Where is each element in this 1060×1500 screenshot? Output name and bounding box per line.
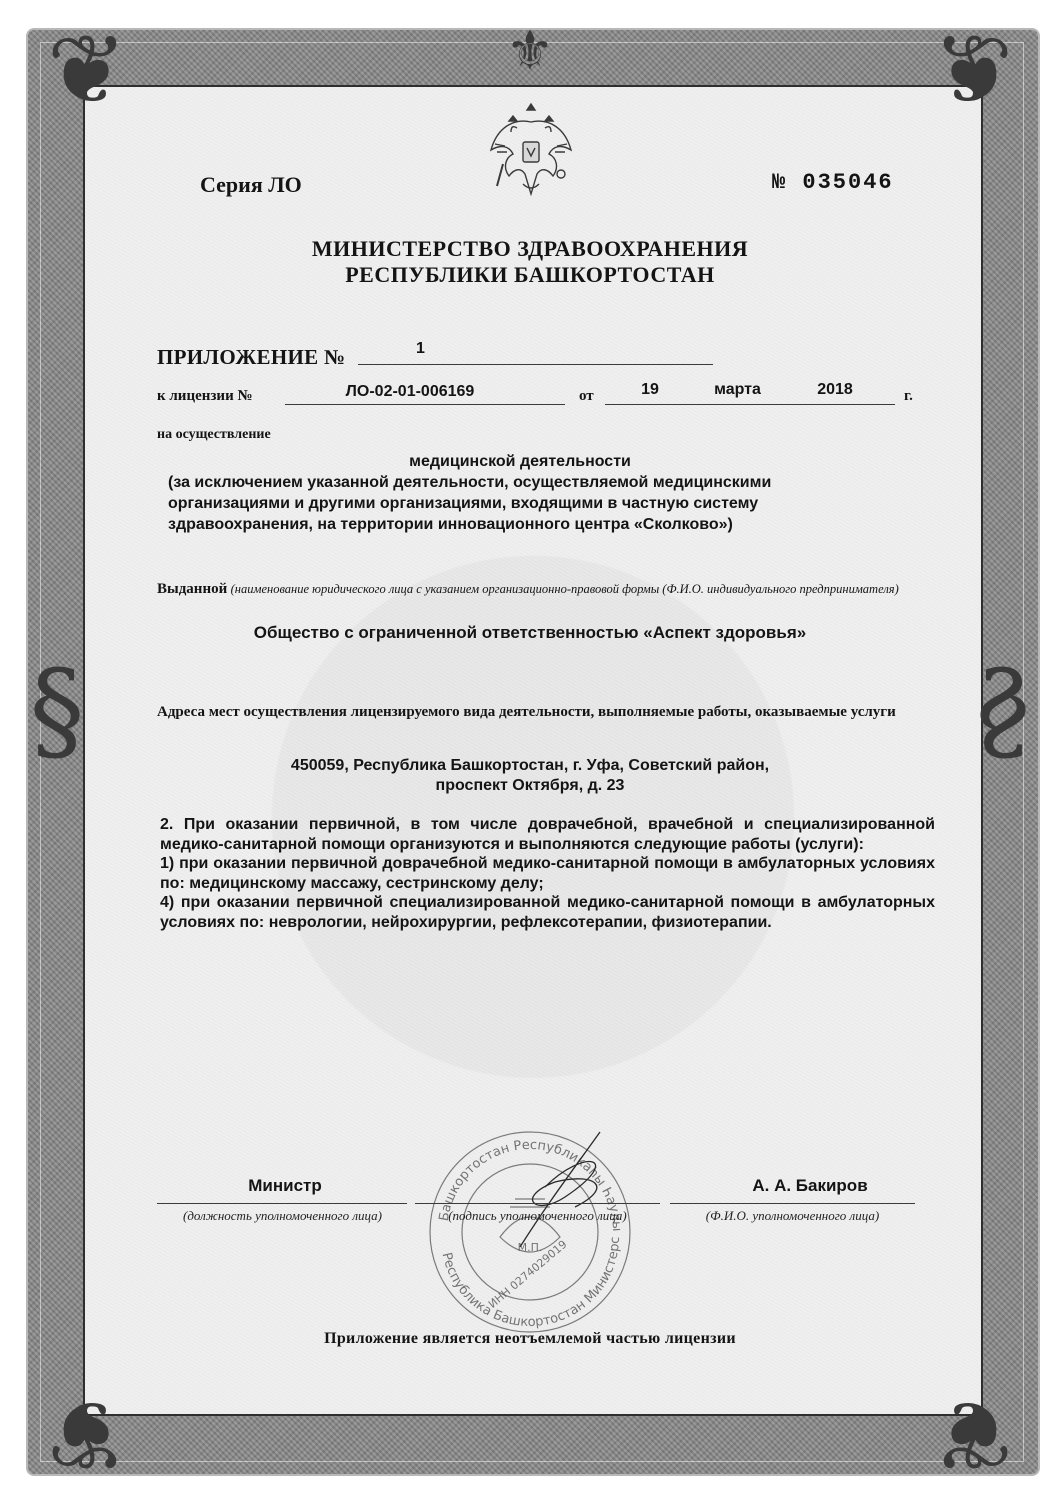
services-item: 2. При оказании первичной, в том числе д… (160, 815, 935, 854)
date-month-value: марта (700, 381, 775, 399)
address-line1: 450059, Республика Башкортостан, г. Уфа,… (0, 757, 1060, 775)
date-year-value: 2018 (800, 381, 870, 399)
side-ornament-left-icon: § (22, 655, 92, 855)
side-ornament-right-icon: § (968, 655, 1038, 855)
signature-caption: (подпись уполномоченного лица) (415, 1208, 660, 1224)
position-underline (157, 1203, 407, 1204)
appendix-label: ПРИЛОЖЕНИЕ № (157, 345, 345, 370)
address-heading: Адреса мест осуществления лицензируемого… (157, 700, 937, 724)
signature-underline (415, 1203, 660, 1204)
license-number-value: ЛО-02-01-006169 (285, 383, 535, 401)
appendix-number-underline (358, 364, 713, 365)
license-number-underline (285, 404, 565, 405)
issued-to-label: Выданной (157, 581, 227, 597)
signatory-position: Министр (160, 1176, 410, 1196)
activity-description: медицинской деятельности (за исключением… (160, 451, 880, 535)
coat-of-arms-icon (483, 98, 579, 202)
organization-name: Общество с ограниченной ответственностью… (0, 623, 1060, 643)
services-item: 4) при оказании первичной специализирова… (160, 893, 935, 932)
date-from-label: от (579, 388, 594, 405)
license-number-label: к лицензии № (157, 388, 253, 405)
activity-exception-line2: организациями и другими организациями, в… (160, 493, 880, 514)
corner-ornament-bottom-right-icon: ❦ (908, 1352, 1038, 1482)
fleur-de-lis-ornament-icon: ⚜ (460, 24, 600, 94)
appendix-number-value: 1 (358, 340, 483, 358)
series-label: Серия ЛО (200, 172, 302, 198)
ministry-title-line2: РЕСПУБЛИКИ БАШКОРТОСТАН (0, 262, 1060, 288)
corner-ornament-top-right-icon: ❦ (908, 22, 1038, 152)
position-caption: (должность уполномоченного лица) (150, 1208, 415, 1224)
corner-ornament-bottom-left-icon: ❦ (22, 1352, 152, 1482)
activity-exception-line3: здравоохранения, на территории инновацио… (160, 514, 880, 535)
corner-ornament-top-left-icon: ❦ (22, 22, 152, 152)
address-line2: проспект Октября, д. 23 (0, 777, 1060, 795)
activity-label: на осуществление (157, 427, 271, 443)
services-list: 2. При оказании первичной, в том числе д… (160, 815, 935, 932)
services-item: 1) при оказании первичной доврачебной ме… (160, 854, 935, 893)
activity-title: медицинской деятельности (160, 451, 880, 472)
activity-exception-line1: (за исключением указанной деятельности, … (160, 472, 880, 493)
footer-note: Приложение является неотъемлемой частью … (0, 1330, 1060, 1348)
date-underline (605, 404, 895, 405)
signatory-name: А. А. Бакиров (680, 1176, 940, 1196)
seal-mp: М.П. (518, 1241, 543, 1254)
issued-to-hint: (наименование юридического лица с указан… (231, 582, 899, 596)
name-caption: (Ф.И.О. уполномоченного лица) (665, 1208, 920, 1224)
ministry-title-line1: МИНИСТЕРСТВО ЗДРАВООХРАНЕНИЯ (0, 236, 1060, 262)
name-underline (670, 1203, 915, 1204)
date-day-value: 19 (620, 381, 680, 399)
official-seal-icon: Башкортостан Республикаһы Һаулыҡ һаҡлау … (425, 1127, 635, 1337)
year-suffix-label: г. (904, 388, 913, 405)
form-number: № 035046 (772, 170, 894, 195)
issued-to-block: Выданной (наименование юридического лица… (157, 579, 937, 599)
